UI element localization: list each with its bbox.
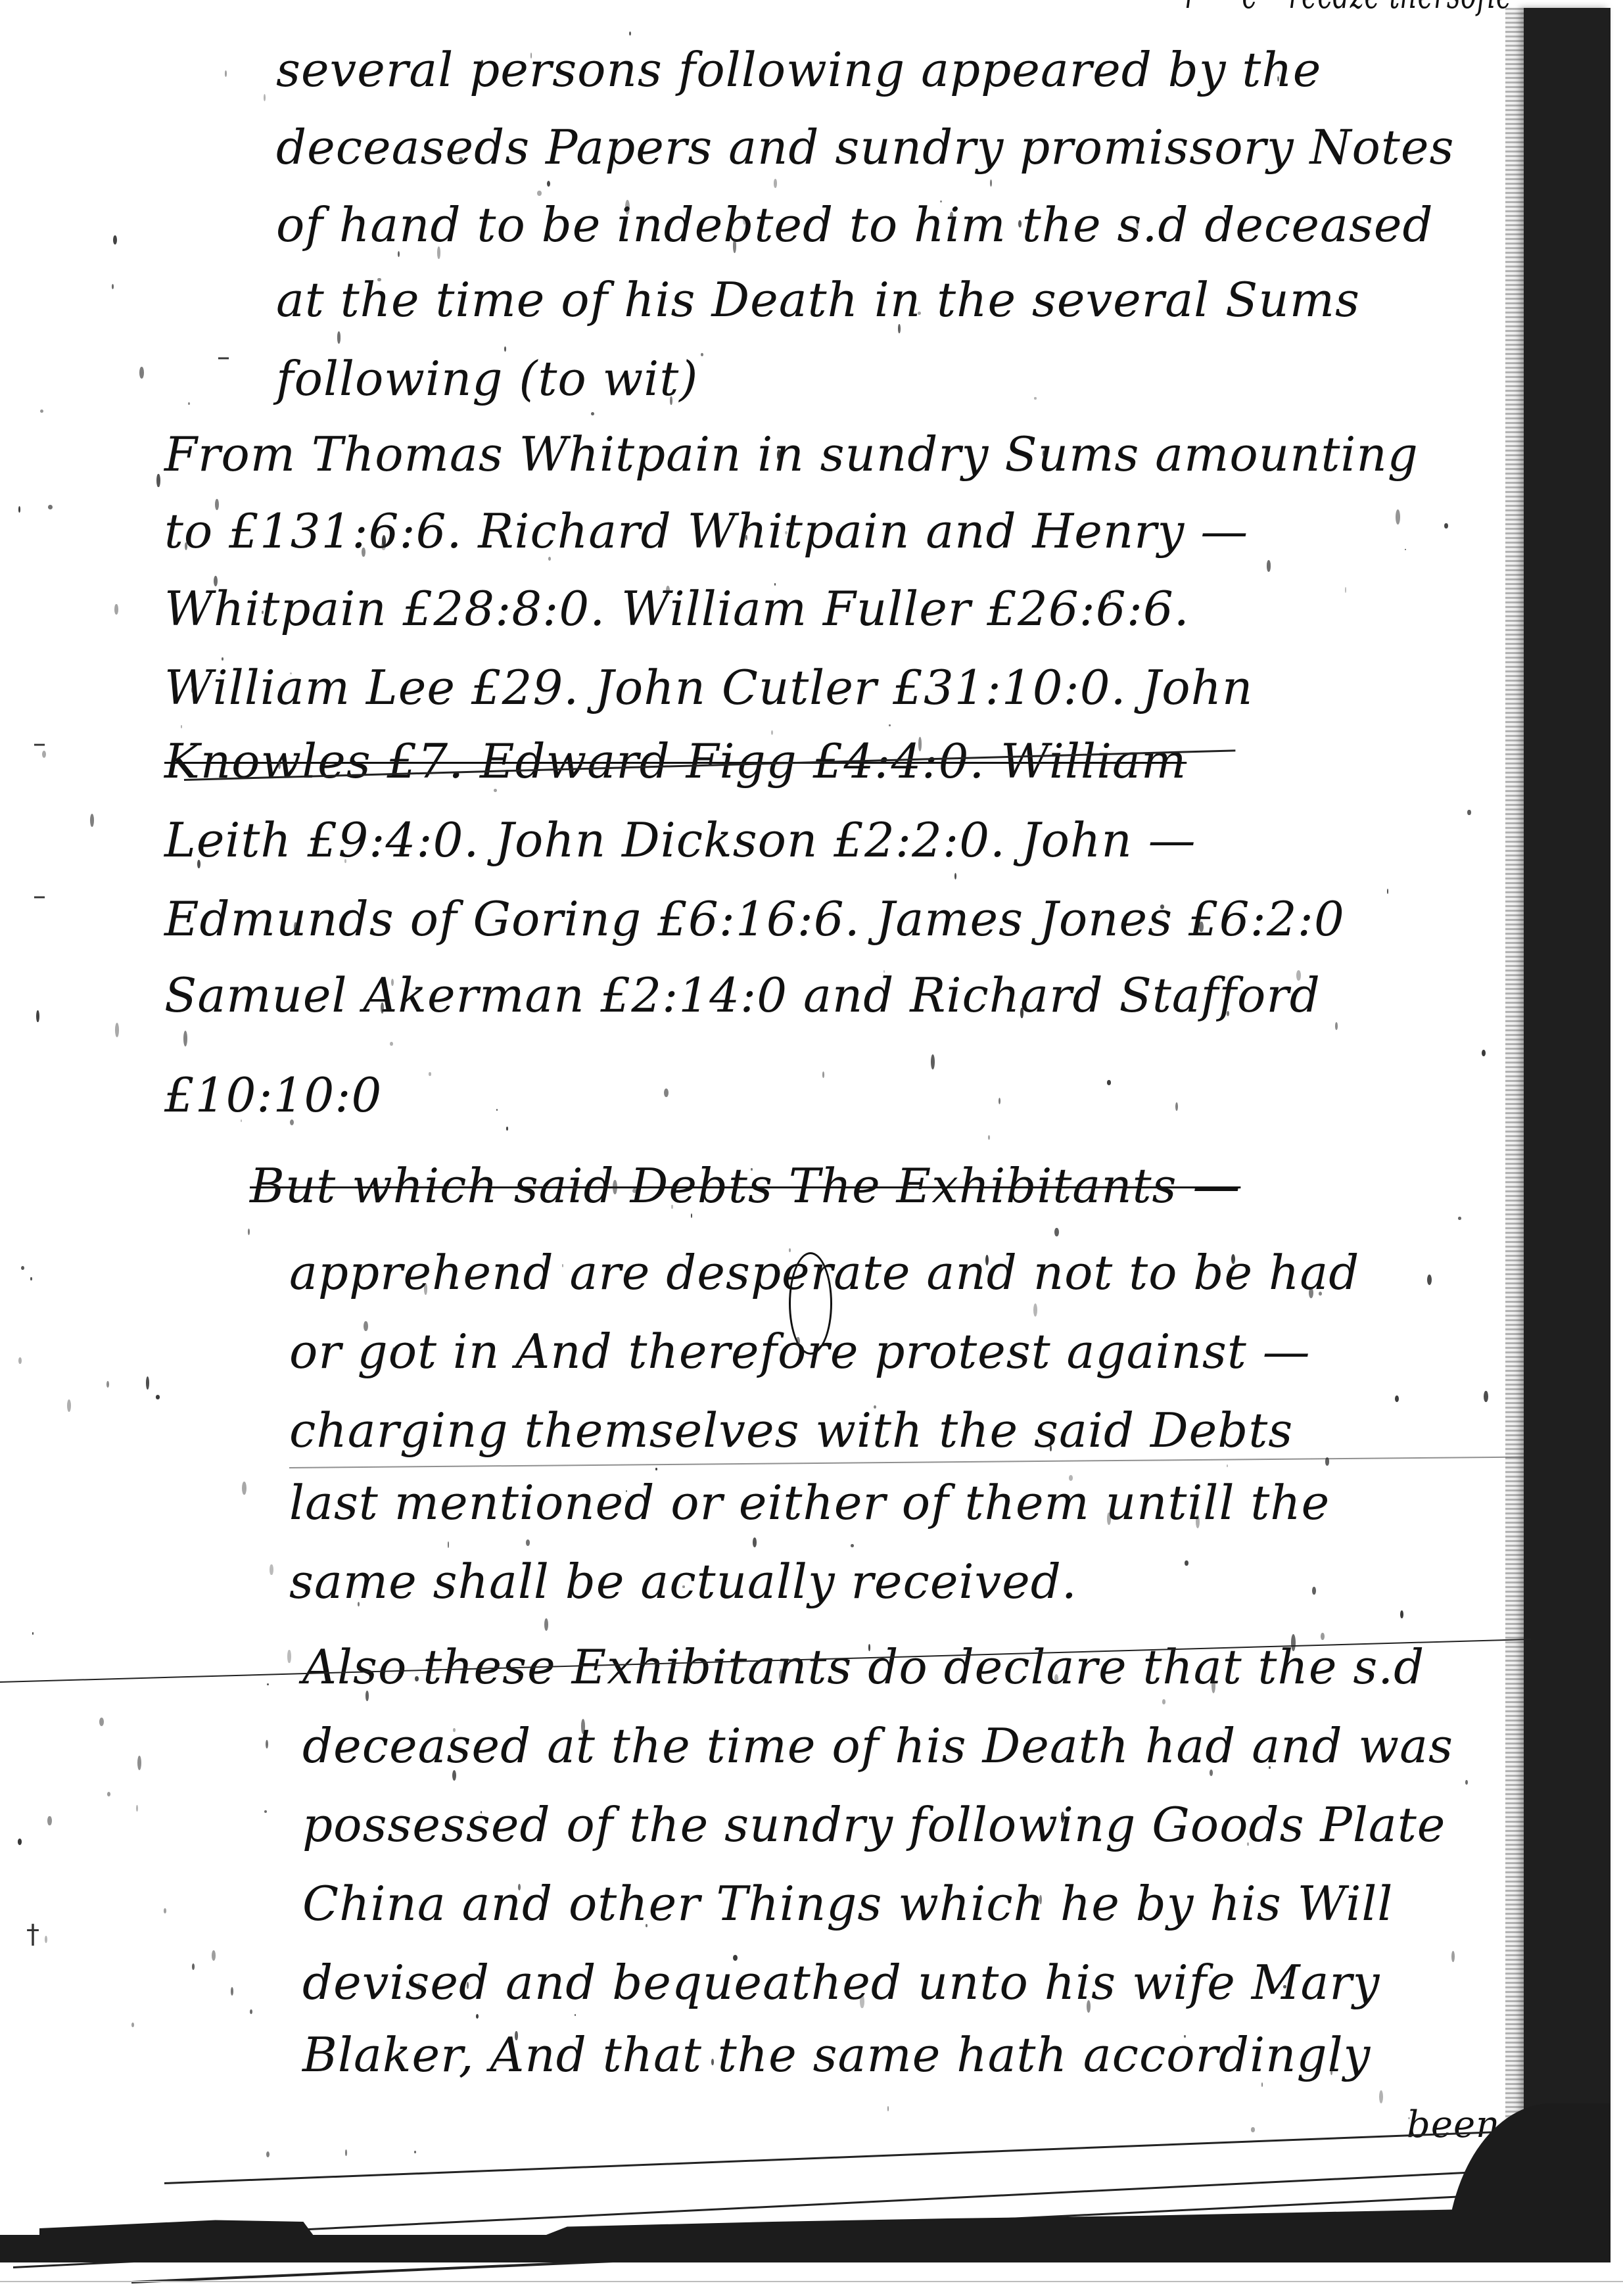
scan-speck (156, 474, 160, 487)
scan-speck (67, 1399, 71, 1412)
scan-speck (1107, 1512, 1111, 1524)
scan-speck (931, 1054, 935, 1069)
scan-speck (547, 181, 550, 187)
scan-speck (241, 1119, 242, 1122)
scan-speck (1465, 1780, 1468, 1785)
scan-speck (250, 2009, 252, 2014)
scan-speck (666, 586, 670, 596)
scan-speck (139, 367, 143, 379)
scan-speck (918, 737, 922, 751)
scan-speck (860, 1995, 864, 2008)
scan-speck (1061, 1812, 1064, 1822)
scan-speck (1184, 2035, 1186, 2038)
margin-tick: † (26, 1919, 39, 1950)
handwritten-line: Whitpain £28:8:0. William Fuller £26:6:6… (164, 585, 1190, 632)
scan-speck (1189, 66, 1191, 68)
scan-speck (1283, 1985, 1286, 1988)
handwritten-line: possessed of the sundry following Goods … (302, 1801, 1446, 1848)
scan-speck (192, 1963, 195, 1971)
scan-speck (45, 1936, 47, 1943)
scan-speck (1160, 904, 1164, 908)
scan-speck (940, 200, 942, 202)
scan-speck (626, 1490, 627, 1492)
scan-speck (18, 1357, 21, 1365)
scan-speck (197, 860, 200, 868)
scan-speck (632, 1188, 637, 1193)
scan-speck (789, 1248, 791, 1252)
scan-speck (448, 1541, 450, 1548)
scan-speck (1020, 1008, 1023, 1019)
scan-speck (1162, 1699, 1166, 1704)
scan-speck (1251, 2127, 1256, 2132)
handwritten-line: China and other Things which he by his W… (302, 1880, 1393, 1927)
scan-speck (1196, 1515, 1200, 1528)
scan-speck (415, 1676, 419, 1681)
scan-speck (733, 239, 737, 253)
scan-speck (1267, 560, 1271, 571)
margin-dash: – (33, 881, 46, 911)
handwritten-line: William Lee £29. John Cutler £31:10:0. J… (164, 664, 1253, 711)
scan-speck (822, 1071, 824, 1078)
scan-speck (548, 557, 551, 561)
scan-speck (1325, 1457, 1330, 1466)
scan-speck (515, 2031, 517, 2040)
scan-speck (1396, 509, 1400, 525)
handwritten-line: deceaseds Papers and sundry promissory N… (276, 124, 1454, 171)
handwritten-line: Leith £9:4:0. John Dickson £2:2:0. John … (164, 816, 1196, 864)
scan-speck (664, 1089, 669, 1097)
scan-speck (785, 531, 788, 534)
scan-speck (32, 1632, 34, 1634)
scan-speck (242, 1482, 247, 1495)
scan-speck (18, 506, 20, 512)
scan-speck (774, 179, 778, 188)
scan-speck (1261, 2082, 1263, 2087)
scan-speck (390, 1042, 393, 1046)
scan-speck (267, 1683, 269, 1685)
scan-speck (1277, 76, 1279, 82)
scan-speck (1319, 1292, 1322, 1296)
scanned-page: · · — — r — c~ recdze thersofieseveral p… (0, 0, 1623, 2296)
scan-speck (1296, 970, 1301, 981)
scan-speck (264, 94, 266, 101)
ruled-line (289, 1457, 1525, 1468)
scan-speck (1138, 158, 1140, 162)
scan-speck (290, 1119, 294, 1126)
scan-speck (1467, 810, 1470, 816)
handwritten-line: same shall be actually received. (289, 1558, 1077, 1605)
bottom-shadow (0, 2235, 1611, 2262)
scan-speck (181, 725, 183, 728)
scan-speck (287, 1650, 291, 1663)
scan-speck (1034, 397, 1037, 400)
scan-speck (414, 2151, 416, 2153)
scan-speck (1395, 1395, 1399, 1402)
scan-speck (1322, 293, 1324, 295)
scan-speck (398, 251, 400, 257)
handwritten-line: Edmunds of Goring £6:16:6. James Jones £… (164, 895, 1345, 943)
scan-speck (270, 1564, 273, 1576)
scan-speck (344, 859, 346, 863)
scan-speck (1185, 1560, 1188, 1566)
scan-speck (146, 1376, 149, 1390)
scan-speck (114, 604, 118, 614)
scan-speck (753, 1537, 757, 1547)
scan-speck (453, 1728, 456, 1732)
scan-border (0, 2281, 1623, 2282)
scan-speck (266, 1740, 268, 1748)
scan-speck (1247, 1842, 1248, 1846)
scan-speck (429, 1072, 431, 1075)
scan-speck (481, 1811, 482, 1814)
scan-speck (106, 1381, 109, 1388)
scan-speck (733, 1955, 738, 1961)
scan-speck (48, 505, 53, 509)
scan-speck (30, 1277, 32, 1280)
scan-speck (682, 1585, 684, 1587)
scan-speck (47, 1816, 51, 1825)
scan-speck (575, 2014, 576, 2016)
scan-speck (950, 212, 953, 218)
scan-speck (504, 346, 506, 352)
scan-speck (954, 873, 956, 879)
scan-speck (266, 2151, 270, 2158)
handwritten-line: several persons following appeared by th… (276, 46, 1321, 93)
scan-speck (711, 2059, 714, 2065)
scan-speck (113, 235, 117, 245)
scan-speck (1444, 523, 1447, 528)
scan-speck (112, 284, 114, 289)
scan-speck (40, 410, 43, 413)
scan-speck (646, 1924, 647, 1927)
scan-speck (183, 1031, 187, 1046)
handwritten-line: last mentioned or either of them untill … (289, 1479, 1330, 1526)
scan-speck (1379, 2090, 1383, 2103)
scan-speck (1175, 1102, 1178, 1111)
scan-speck (214, 576, 218, 586)
margin-dash: – (217, 342, 230, 372)
scan-speck (452, 1770, 456, 1781)
scan-speck (691, 1213, 692, 1218)
ruled-line (164, 2130, 1531, 2184)
scan-speck (1427, 1275, 1432, 1285)
scan-speck (365, 1691, 369, 1701)
handwritten-line: of hand to be indebted to him the s.d de… (276, 201, 1434, 248)
scan-speck (191, 687, 193, 693)
handwritten-line: £10:10:0 (164, 1071, 382, 1119)
scan-speck (392, 1347, 394, 1355)
scan-speck (262, 611, 264, 613)
scan-speck (526, 1539, 530, 1545)
scan-speck (1054, 1674, 1058, 1683)
handwritten-line: From Thomas Whitpain in sundry Sums amou… (164, 431, 1419, 478)
scan-speck (264, 1810, 267, 1814)
scan-speck (1069, 1475, 1073, 1481)
scan-speck (1484, 1391, 1488, 1402)
scan-speck (985, 1255, 989, 1265)
scan-speck (883, 970, 885, 973)
scan-speck (164, 1908, 167, 1913)
scan-speck (294, 922, 296, 933)
handwritten-line: But which said Debts The Exhibitants — (250, 1162, 1240, 1209)
handwritten-line: at the time of his Death in the several … (276, 276, 1360, 323)
scan-speck (745, 535, 747, 540)
scan-speck (156, 1395, 160, 1399)
scan-speck (437, 246, 440, 258)
scan-speck (591, 412, 594, 415)
scan-speck (990, 1909, 993, 1914)
handwritten-line: charging themselves with the said Debts (289, 1407, 1293, 1454)
scan-speck (1458, 1217, 1461, 1220)
scan-speck (887, 2106, 889, 2111)
handwritten-line: to £131:6:6. Richard Whitpain and Henry … (164, 507, 1248, 555)
binding-edge (1524, 8, 1611, 2197)
scan-speck (362, 548, 365, 557)
scan-speck (655, 1468, 657, 1471)
scan-speck (452, 459, 457, 465)
scan-speck (90, 814, 94, 827)
scan-speck (1405, 549, 1406, 550)
scan-speck (701, 353, 704, 356)
handwritten-line: Also these Exhibitants do declare that t… (302, 1643, 1424, 1691)
scan-speck (496, 1109, 498, 1111)
circled-annotation (789, 1252, 832, 1355)
scan-speck (337, 331, 341, 343)
scan-speck (1018, 220, 1021, 227)
scan-speck (107, 1792, 110, 1796)
scan-speck (629, 32, 631, 35)
scan-speck (537, 191, 542, 197)
scan-speck (36, 1010, 39, 1022)
scan-speck (562, 1264, 563, 1267)
scan-speck (1321, 1633, 1324, 1640)
scan-speck (990, 179, 992, 187)
scan-speck (188, 402, 190, 406)
scan-speck (1050, 1445, 1052, 1451)
scan-speck (1312, 1587, 1316, 1595)
handwritten-line: Samuel Akerman £2:14:0 and Richard Staff… (164, 972, 1321, 1019)
scan-speck (1400, 1610, 1403, 1619)
scan-speck (1387, 889, 1388, 894)
scan-speck (506, 1127, 509, 1131)
scan-speck (889, 724, 891, 727)
scan-speck (1227, 1464, 1229, 1467)
scan-speck (1269, 1766, 1271, 1769)
handwritten-line: Blaker, And that the same hath according… (302, 2031, 1371, 2078)
scan-speck (851, 1544, 853, 1547)
scan-speck (898, 324, 900, 333)
scan-speck (278, 760, 281, 769)
scan-speck (231, 1987, 234, 1996)
scan-speck (18, 1839, 22, 1845)
scan-speck (99, 1718, 104, 1725)
handwritten-line: Knowles £7. Edward Figg £4:4:0. William (164, 738, 1187, 785)
scan-speck (1345, 587, 1347, 593)
scan-speck (1033, 1303, 1037, 1317)
scan-speck (345, 2149, 347, 2156)
scan-speck (364, 1321, 367, 1331)
handwritten-line: deceased at the time of his Death had an… (302, 1722, 1453, 1769)
scan-speck (136, 1805, 138, 1812)
scan-speck (1335, 1022, 1338, 1030)
scan-speck (1482, 1050, 1486, 1056)
scan-speck (1054, 1228, 1059, 1236)
scan-speck (248, 1229, 250, 1235)
scan-speck (225, 70, 227, 76)
scan-speck (290, 672, 291, 674)
handwritten-line: following (to wit) (276, 355, 698, 402)
scan-speck (131, 2023, 134, 2028)
scan-speck (1107, 1080, 1110, 1085)
handwritten-line: devised and bequeathed unto his wife Mar… (302, 1959, 1380, 2006)
scan-speck (544, 1618, 548, 1631)
scan-speck (358, 1602, 360, 1606)
scan-speck (115, 1023, 120, 1037)
scan-speck (999, 1098, 1000, 1104)
scan-speck (988, 1135, 990, 1140)
handwritten-line: · · — — r — c~ recdze thersofie (1078, 0, 1512, 14)
scan-speck (212, 1950, 216, 1960)
scan-speck (476, 2014, 479, 2019)
scan-speck (137, 1756, 141, 1770)
scan-speck (670, 396, 672, 405)
scan-speck (481, 60, 483, 65)
scan-speck (21, 1266, 24, 1270)
scan-speck (779, 1670, 784, 1681)
scan-speck (1451, 1951, 1455, 1961)
scan-speck (494, 789, 497, 792)
scan-speck (671, 1205, 672, 1208)
scan-speck (1087, 2000, 1091, 2013)
scan-speck (771, 730, 773, 735)
scan-speck (1199, 922, 1203, 932)
